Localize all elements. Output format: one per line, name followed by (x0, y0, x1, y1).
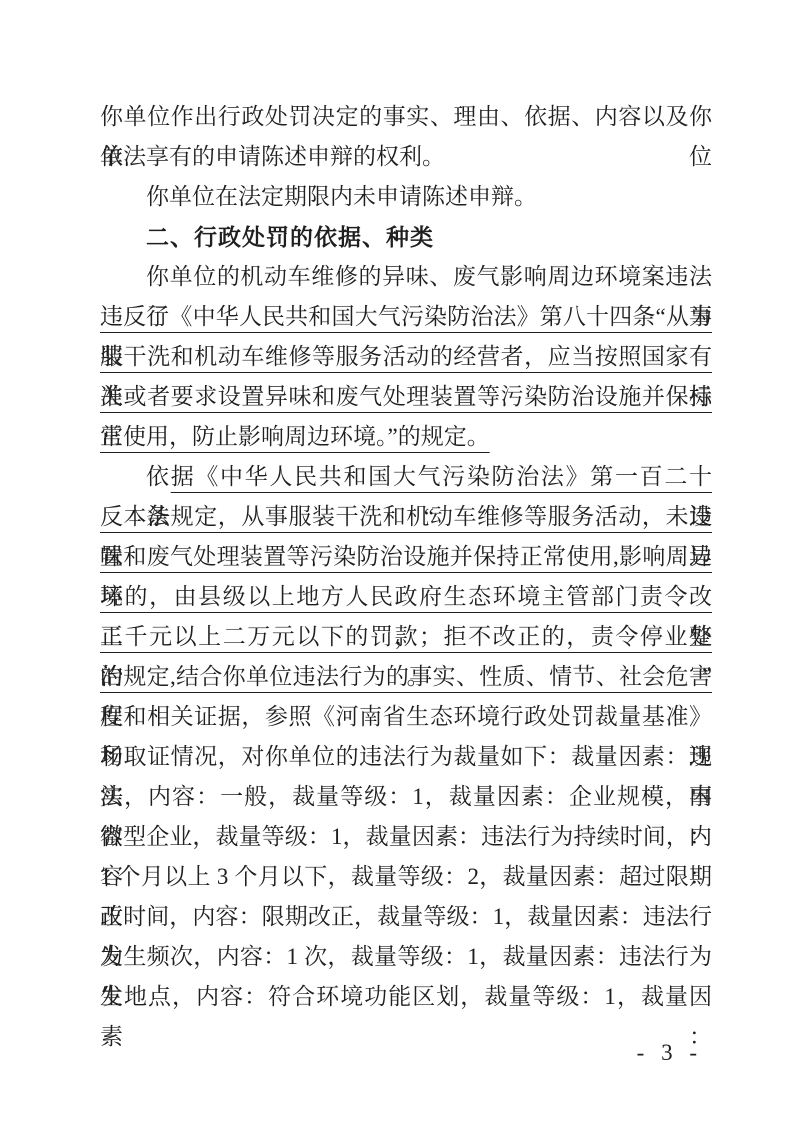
text-line: 你单位在法定期限内未申请陈述申辩。 (100, 177, 712, 217)
text-line: 度和相关证据，参照《河南省生态环境行政处罚裁量基准》和现 (100, 697, 712, 737)
text-line: 你单位作出行政处罚决定的事实、理由、依据、内容以及你单位 (100, 97, 712, 137)
text-line: 依据《中华人民共和国大气污染防治法》第一百二十条“违 (100, 457, 712, 497)
text-line: 实，内容：一般，裁量等级：1，裁量因素：企业规模，内容： (100, 777, 712, 817)
text-line: 准或者要求设置异味和废气处理装置等污染防治设施并保持正 (100, 377, 712, 417)
text-segment: 依 (146, 464, 171, 489)
text-segment: 依法享有的申请陈述申辩的权利。 (100, 144, 445, 169)
document-page: 你单位作出行政处罚决定的事实、理由、依据、内容以及你单位依法享有的申请陈述申辩的… (0, 0, 793, 1122)
text-line: 境的，由县级以上地方人民政府生态环境主管部门责令改正，处 (100, 577, 712, 617)
text-line: 违反了《中华人民共和国大气污染防治法》第八十四条“从事服 (100, 297, 712, 337)
text-line: 正时间，内容：限期改正，裁量等级：1，裁量因素：违法行为 (100, 897, 712, 937)
text-segment: 你单位在法定期限内未申请陈述申辩。 (146, 184, 537, 209)
text-line: 二千元以上二万元以下的罚款；拒不改正的，责令停业整治。” (100, 617, 712, 657)
text-line: 发生频次，内容：1 次，裁量等级：1，裁量因素：违法行为发 (100, 937, 712, 977)
section-heading: 二、行政处罚的依据、种类 (100, 217, 712, 257)
document-body: 你单位作出行政处罚决定的事实、理由、依据、内容以及你单位依法享有的申请陈述申辩的… (100, 97, 712, 1017)
text-line: 的规定,结合你单位违法行为的事实、性质、情节、社会危害程 (100, 657, 712, 697)
text-line: 场取证情况，对你单位的违法行为裁量如下：裁量因素：违法事 (100, 737, 712, 777)
text-segment: 生地点，内容：符合环境功能区划，裁量等级：1，裁量因素： (100, 984, 712, 1049)
underlined-text: 常使用，防止影响周边环境。”的规定。 (100, 424, 490, 449)
text-line: 常使用，防止影响周边环境。”的规定。 (100, 417, 712, 457)
text-line: 1 个月以上 3 个月以下，裁量等级：2，裁量因素：超过限期改 (100, 857, 712, 897)
text-segment: 二、行政处罚的依据、种类 (146, 224, 434, 250)
page-number: - 3 - (637, 1038, 698, 1068)
text-line: 微型企业，裁量等级：1，裁量因素：违法行为持续时间，内容： (100, 817, 712, 857)
text-line: 你单位的机动车维修的异味、废气影响周边环境案违法行为 (100, 257, 712, 297)
text-line: 装干洗和机动车维修等服务活动的经营者，应当按照国家有关标 (100, 337, 712, 377)
text-line: 味和废气处理装置等污染防治设施并保持正常使用,影响周边环 (100, 537, 712, 577)
text-line: 反本法规定，从事服装干洗和机动车维修等服务活动，未设置异 (100, 497, 712, 537)
text-line: 生地点，内容：符合环境功能区划，裁量等级：1，裁量因素： (100, 977, 712, 1017)
